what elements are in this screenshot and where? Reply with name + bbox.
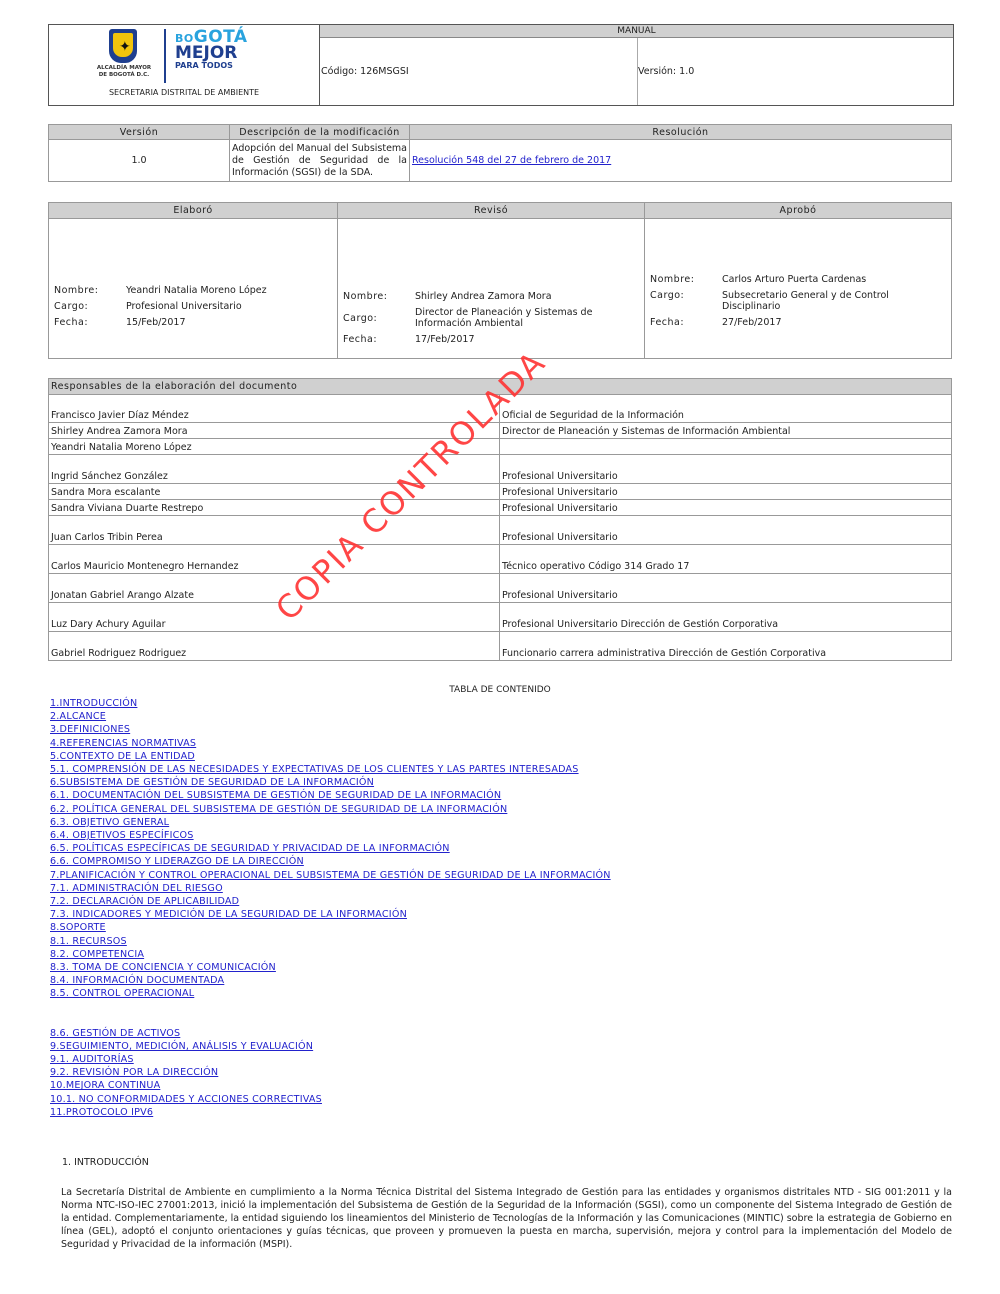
aprobo-role: Subsecretario General y de Control Disci… <box>722 290 949 312</box>
toc-link[interactable]: 6.3. OBJETIVO GENERAL <box>50 816 611 829</box>
toc-link[interactable]: 8.3. TOMA DE CONCIENCIA Y COMUNICACIÓN <box>50 961 611 974</box>
col-header-aprobo: Aprobó <box>645 203 952 219</box>
person-name: Jonatan Gabriel Arango Alzate <box>49 574 500 603</box>
person-name: Juan Carlos Tribin Perea <box>49 516 500 545</box>
person-name: Gabriel Rodriguez Rodriguez <box>49 632 500 661</box>
table-row: Juan Carlos Tribin PereaProfesional Univ… <box>49 516 952 545</box>
toc-link[interactable]: 9.2. REVISIÓN POR LA DIRECCIÓN <box>50 1066 611 1079</box>
table-row: Shirley Andrea Zamora MoraDirector de Pl… <box>49 423 952 439</box>
toc-link[interactable]: 5.1. COMPRENSIÓN DE LAS NECESIDADES Y EX… <box>50 763 611 776</box>
introduction-paragraph: La Secretaría Distrital de Ambiente en c… <box>61 1186 952 1251</box>
toc-title: TABLA DE CONTENIDO <box>0 685 1000 695</box>
toc-link[interactable]: 8.5. CONTROL OPERACIONAL <box>50 987 611 1000</box>
toc-link[interactable]: 7.1. ADMINISTRACIÓN DEL RIESGO <box>50 882 611 895</box>
person-role: Director de Planeación y Sistemas de Inf… <box>500 423 952 439</box>
toc-link[interactable]: 8.SOPORTE <box>50 921 611 934</box>
toc-link[interactable]: 7.PLANIFICACIÓN Y CONTROL OPERACIONAL DE… <box>50 869 611 882</box>
toc-link[interactable]: 7.2. DECLARACIÓN DE APLICABILIDAD <box>50 895 611 908</box>
toc-link[interactable]: 6.6. COMPROMISO Y LIDERAZGO DE LA DIRECC… <box>50 855 611 868</box>
person-name: Ingrid Sánchez González <box>49 455 500 484</box>
col-header-reviso: Revisó <box>338 203 645 219</box>
version-cell: 1.0 <box>49 140 230 182</box>
reviso-role: Director de Planeación y Sistemas de Inf… <box>415 307 605 329</box>
toc-link[interactable]: 10.MEJORA CONTINUA <box>50 1079 611 1092</box>
responsables-title: Responsables de la elaboración del docum… <box>49 379 952 395</box>
toc-link[interactable]: 11.PROTOCOLO IPV6 <box>50 1106 611 1119</box>
toc-link[interactable]: 6.2. POLÍTICA GENERAL DEL SUBSISTEMA DE … <box>50 803 611 816</box>
name-label: Nombre: <box>343 291 415 302</box>
person-name: Luz Dary Achury Aguilar <box>49 603 500 632</box>
elaboro-cell: Nombre:Yeandri Natalia Moreno López Carg… <box>49 219 338 359</box>
table-of-contents: 1.INTRODUCCIÓN 2.ALCANCE 3.DEFINICIONES … <box>50 697 611 1119</box>
person-name: Yeandri Natalia Moreno López <box>49 439 500 455</box>
toc-link[interactable]: 8.2. COMPETENCIA <box>50 948 611 961</box>
aprobo-date: 27/Feb/2017 <box>722 317 782 328</box>
toc-link[interactable]: 10.1. NO CONFORMIDADES Y ACCIONES CORREC… <box>50 1093 611 1106</box>
toc-link[interactable]: 8.6. GESTIÓN DE ACTIVOS <box>50 1027 611 1040</box>
responsables-table: Responsables de la elaboración del docum… <box>48 378 952 661</box>
elaboro-date: 15/Feb/2017 <box>126 317 186 328</box>
aprobo-cell: Nombre:Carlos Arturo Puerta Cardenas Car… <box>645 219 952 359</box>
toc-link[interactable]: 8.1. RECURSOS <box>50 935 611 948</box>
table-row: Ingrid Sánchez GonzálezProfesional Unive… <box>49 455 952 484</box>
person-role: Profesional Universitario <box>500 500 952 516</box>
toc-link[interactable]: 4.REFERENCIAS NORMATIVAS <box>50 737 611 750</box>
introduction-heading: 1. INTRODUCCIÓN <box>62 1157 149 1168</box>
table-row: Francisco Javier Díaz MéndezOficial de S… <box>49 395 952 423</box>
secretaria-label: SECRETARIA DISTRITAL DE AMBIENTE <box>49 88 319 97</box>
bogota-coat-of-arms-icon: ✦ <box>109 29 137 63</box>
person-name: Sandra Mora escalante <box>49 484 500 500</box>
table-row: Sandra Viviana Duarte RestrepoProfesiona… <box>49 500 952 516</box>
date-label: Fecha: <box>343 334 415 345</box>
table-row: Yeandri Natalia Moreno López <box>49 439 952 455</box>
table-row: 1.0 Adopción del Manual del Subsistema d… <box>49 140 952 182</box>
table-row: Jonatan Gabriel Arango AlzateProfesional… <box>49 574 952 603</box>
toc-link[interactable]: 8.4. INFORMACIÓN DOCUMENTADA <box>50 974 611 987</box>
person-role: Oficial de Seguridad de la Información <box>500 395 952 423</box>
name-label: Nombre: <box>650 274 722 285</box>
role-label: Cargo: <box>343 307 415 329</box>
date-label: Fecha: <box>54 317 126 328</box>
toc-link[interactable]: 9.SEGUIMIENTO, MEDICIÓN, ANÁLISIS Y EVAL… <box>50 1040 611 1053</box>
doc-code: Código: 126MSGSI <box>320 38 638 105</box>
bogota-mejor-logo: BOGOTÁ MEJOR PARA TODOS <box>175 27 248 70</box>
table-row: Sandra Mora escalanteProfesional Univers… <box>49 484 952 500</box>
toc-link[interactable]: 5.CONTEXTO DE LA ENTIDAD <box>50 750 611 763</box>
col-header-elaboro: Elaboró <box>49 203 338 219</box>
reviso-cell: Nombre:Shirley Andrea Zamora Mora Cargo:… <box>338 219 645 359</box>
toc-link[interactable]: 2.ALCANCE <box>50 710 611 723</box>
toc-link[interactable]: 3.DEFINICIONES <box>50 723 611 736</box>
reviso-name: Shirley Andrea Zamora Mora <box>415 291 552 302</box>
table-row: Carlos Mauricio Montenegro HernandezTécn… <box>49 545 952 574</box>
toc-link[interactable]: 6.4. OBJETIVOS ESPECÍFICOS <box>50 829 611 842</box>
toc-link[interactable]: 7.3. INDICADORES Y MEDICIÓN DE LA SEGURI… <box>50 908 611 921</box>
doc-type-label: MANUAL <box>320 25 953 38</box>
col-header-description: Descripción de la modificación <box>230 125 410 140</box>
toc-link[interactable]: 1.INTRODUCCIÓN <box>50 697 611 710</box>
person-role: Funcionario carrera administrativa Direc… <box>500 632 952 661</box>
doc-version: Versión: 1.0 <box>637 38 953 105</box>
person-name: Shirley Andrea Zamora Mora <box>49 423 500 439</box>
reviso-date: 17/Feb/2017 <box>415 334 475 345</box>
role-label: Cargo: <box>54 301 126 312</box>
person-role: Profesional Universitario <box>500 455 952 484</box>
table-row: Luz Dary Achury AguilarProfesional Unive… <box>49 603 952 632</box>
description-cell: Adopción del Manual del Subsistema de Ge… <box>230 140 410 182</box>
toc-link[interactable]: 6.1. DOCUMENTACIÓN DEL SUBSISTEMA DE GES… <box>50 789 611 802</box>
logo-divider <box>164 29 166 83</box>
version-table: Versión Descripción de la modificación R… <box>48 124 952 182</box>
person-role: Profesional Universitario <box>500 574 952 603</box>
toc-link[interactable]: 6.5. POLÍTICAS ESPECÍFICAS DE SEGURIDAD … <box>50 842 611 855</box>
resolution-link[interactable]: Resolución 548 del 27 de febrero de 2017 <box>412 155 611 166</box>
document-header: ✦ ALCALDÍA MAYOR DE BOGOTÁ D.C. BOGOTÁ M… <box>48 24 954 106</box>
person-role <box>500 439 952 455</box>
elaboro-role: Profesional Universitario <box>126 301 242 312</box>
person-name: Sandra Viviana Duarte Restrepo <box>49 500 500 516</box>
person-role: Profesional Universitario <box>500 484 952 500</box>
col-header-version: Versión <box>49 125 230 140</box>
logo-block: ✦ ALCALDÍA MAYOR DE BOGOTÁ D.C. BOGOTÁ M… <box>49 25 320 105</box>
alcaldia-label: ALCALDÍA MAYOR DE BOGOTÁ D.C. <box>89 65 159 79</box>
person-role: Técnico operativo Código 314 Grado 17 <box>500 545 952 574</box>
elaboro-name: Yeandri Natalia Moreno López <box>126 285 267 296</box>
person-name: Carlos Mauricio Montenegro Hernandez <box>49 545 500 574</box>
toc-link[interactable]: 6.SUBSISTEMA DE GESTIÓN DE SEGURIDAD DE … <box>50 776 611 789</box>
date-label: Fecha: <box>650 317 722 328</box>
name-label: Nombre: <box>54 285 126 296</box>
person-role: Profesional Universitario Dirección de G… <box>500 603 952 632</box>
resolution-cell: Resolución 548 del 27 de febrero de 2017 <box>410 140 952 182</box>
role-label: Cargo: <box>650 290 722 312</box>
col-header-resolution: Resolución <box>410 125 952 140</box>
person-role: Profesional Universitario <box>500 516 952 545</box>
toc-link[interactable]: 9.1. AUDITORÍAS <box>50 1053 611 1066</box>
signatures-table: Elaboró Revisó Aprobó Nombre:Yeandri Nat… <box>48 202 952 359</box>
aprobo-name: Carlos Arturo Puerta Cardenas <box>722 274 866 285</box>
person-name: Francisco Javier Díaz Méndez <box>49 395 500 423</box>
table-row: Gabriel Rodriguez RodriguezFuncionario c… <box>49 632 952 661</box>
